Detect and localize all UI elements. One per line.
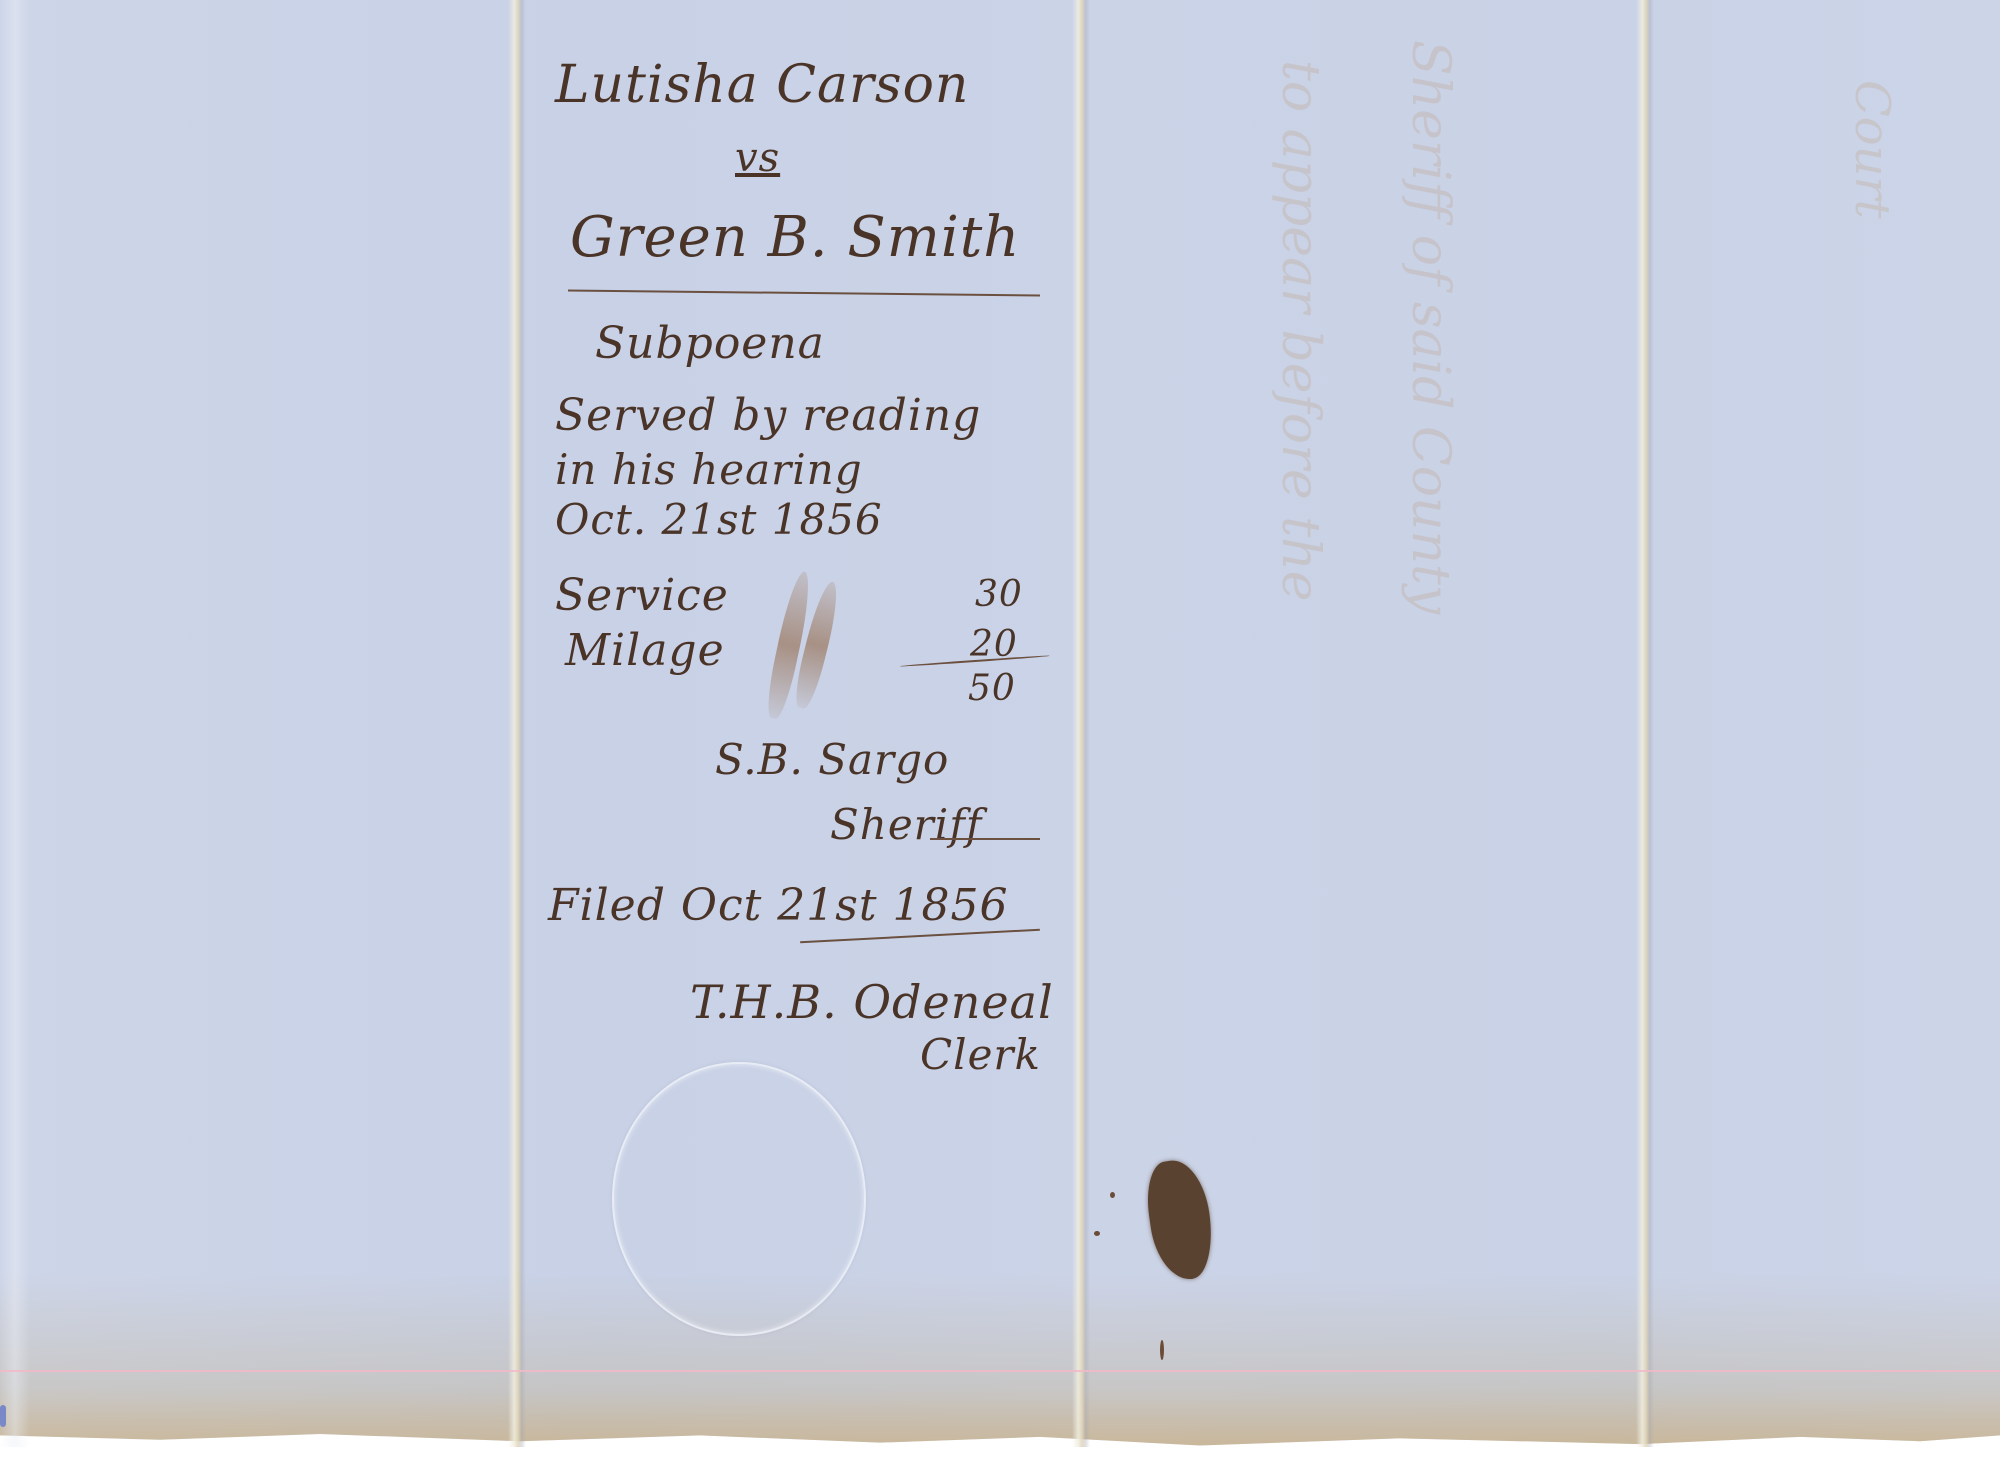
fee-amount-service: 30: [975, 574, 1023, 615]
filed-date: Filed Oct 21st 1856: [548, 880, 1008, 931]
fold-crease-center: [1072, 0, 1090, 1447]
service-line-1: Served by reading: [555, 390, 981, 441]
fee-label-milage: Milage: [565, 625, 725, 676]
fold-crease-left: [508, 0, 526, 1447]
bleed-through-writing: Sheriff of said County: [1400, 40, 1460, 614]
sheriff-name: S.B. Sargo: [715, 735, 949, 784]
fee-label-service: Service: [555, 570, 729, 621]
sheriff-underline: [930, 838, 1040, 840]
service-line-2: in his hearing: [555, 445, 863, 494]
fee-total: 50: [968, 668, 1016, 709]
ink-speck: [1160, 1340, 1164, 1360]
bleed-through-writing: Court: [1844, 80, 1900, 219]
ruled-line: [0, 1370, 2000, 1372]
edge-mark: [0, 1405, 6, 1427]
versus-label: vs: [735, 135, 780, 181]
service-date: Oct. 21st 1856: [555, 495, 883, 544]
fold-soft-left-edge: [0, 0, 30, 1447]
embossed-seal: [612, 1062, 866, 1336]
sheriff-title: Sheriff: [830, 800, 982, 849]
ink-speck: [1110, 1192, 1115, 1198]
plaintiff-name: Lutisha Carson: [555, 55, 969, 115]
defendant-name: Green B. Smith: [570, 205, 1020, 270]
fold-crease-right: [1636, 0, 1654, 1447]
clerk-title: Clerk: [920, 1030, 1041, 1079]
document-title: Subpoena: [595, 318, 825, 369]
clerk-name: T.H.B. Odeneal: [690, 975, 1054, 1029]
ink-speck: [1094, 1231, 1100, 1236]
bleed-through-writing: to appear before the: [1270, 60, 1330, 601]
